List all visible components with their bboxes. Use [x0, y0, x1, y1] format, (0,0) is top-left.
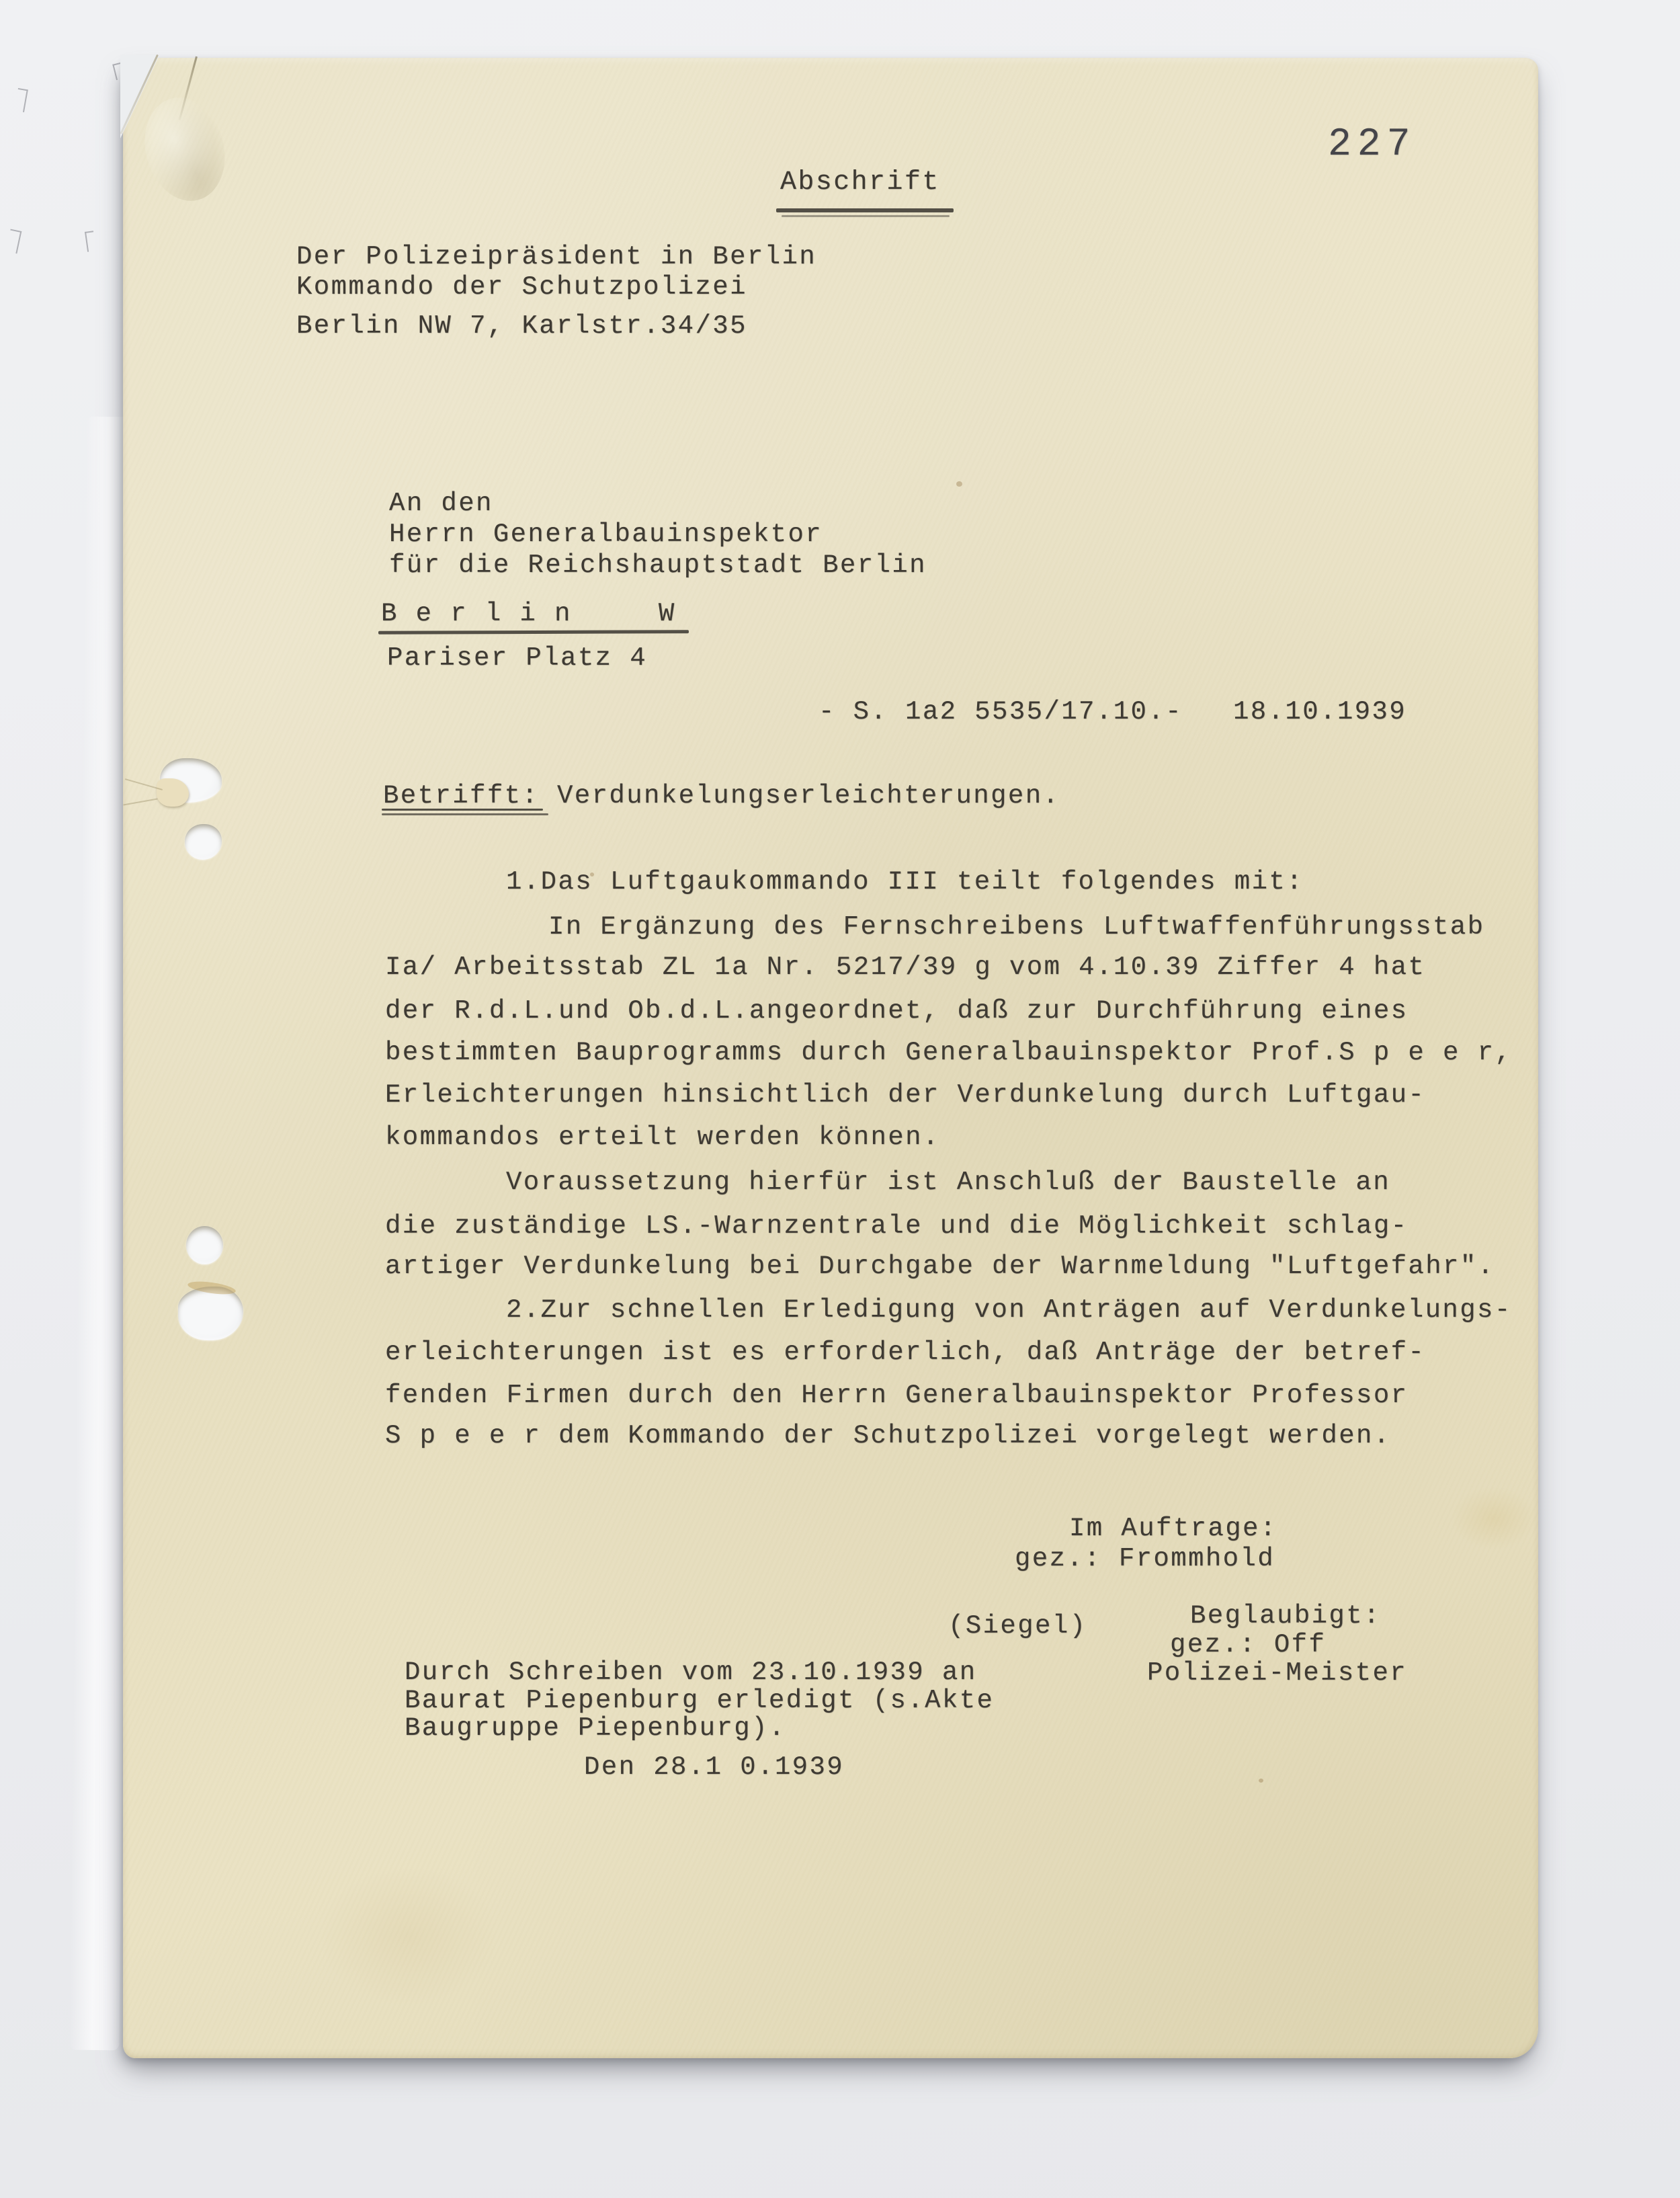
page-number: 227: [1328, 124, 1416, 167]
recipient-street: Pariser Platz 4: [387, 644, 647, 673]
subject-underline-2: [382, 813, 548, 815]
paper-stain: [318, 1866, 499, 2007]
signature-gez-off: gez.: Off: [1170, 1631, 1326, 1660]
pencil-crop-mark: [14, 88, 28, 112]
pencil-crop-mark: [6, 229, 22, 254]
paper-speck: [1259, 1779, 1263, 1783]
body-line: bestimmten Bauprogramms durch Generalbau…: [385, 1039, 1512, 1067]
body-line: artiger Verdunkelung bei Durchgabe der W…: [385, 1252, 1495, 1281]
recipient-line-3: für die Reichshauptstadt Berlin: [389, 551, 927, 580]
body-line: erleichterungen ist es erforderlich, daß…: [385, 1338, 1425, 1367]
letter-paper: 227 Abschrift Der Polizeipräsident in Be…: [123, 58, 1538, 2058]
subject-text: Verdunkelungserleichterungen.: [557, 782, 1060, 811]
body-line: Ia/ Arbeitsstab ZL 1a Nr. 5217/39 g vom …: [385, 953, 1425, 982]
body-line: fenden Firmen durch den Herrn Generalbau…: [385, 1381, 1408, 1410]
heading-underline-echo: [782, 215, 950, 217]
sender-line-1: Der Polizeipräsident in Berlin: [296, 243, 816, 272]
punch-hole-torn: [178, 1287, 243, 1340]
paper-stain: [1450, 1486, 1538, 1550]
body-line: S p e e r dem Kommando der Schutzpolizei…: [385, 1422, 1391, 1451]
recipient-city: B e r l i n W: [381, 600, 676, 628]
torn-corner-shading: [134, 89, 236, 210]
body-line: In Ergänzung des Fernschreibens Luftwaff…: [548, 913, 1484, 942]
note-line: Baugruppe Piepenburg).: [405, 1714, 786, 1743]
sender-line-2: Kommando der Schutzpolizei: [296, 273, 747, 302]
note-date-line: Den 28.1 0.1939: [584, 1753, 844, 1782]
body-line: der R.d.L.und Ob.d.L.angeordnet, daß zur…: [385, 997, 1408, 1026]
body-line: kommandos erteilt werden können.: [385, 1123, 940, 1152]
signature-polizei-meister: Polizei-Meister: [1147, 1659, 1407, 1688]
note-line: Durch Schreiben vom 23.10.1939 an: [405, 1658, 977, 1687]
recipient-line-1: An den: [389, 489, 493, 518]
subject-underline: [382, 809, 543, 811]
scanned-letter-page: 227 Abschrift Der Polizeipräsident in Be…: [0, 0, 1680, 2198]
heading-underline: [776, 208, 954, 212]
body-line: die zuständige LS.-Warnzentrale und die …: [385, 1212, 1408, 1241]
signature-im-auftrage: Im Auftrage:: [1069, 1514, 1277, 1543]
body-line: 2.Zur schnellen Erledigung von Anträgen …: [506, 1296, 1512, 1325]
body-line: 1.Das Luftgaukommando III teilt folgende…: [506, 868, 1304, 897]
signature-siegel: (Siegel): [948, 1612, 1087, 1641]
tear-crease: [123, 799, 158, 806]
punch-hole: [186, 1226, 223, 1264]
body-line: Voraussetzung hierfür ist Anschluß der B…: [506, 1168, 1390, 1197]
letter-date: 18.10.1939: [1233, 698, 1406, 727]
recipient-city-underline: [378, 630, 689, 635]
paper-speck: [956, 481, 962, 487]
sender-line-3: Berlin NW 7, Karlstr.34/35: [296, 312, 747, 341]
copy-heading: Abschrift: [780, 168, 940, 198]
signature-gez-frommhold: gez.: Frommhold: [1015, 1545, 1275, 1574]
body-line: Erleichterungen hinsichtlich der Verdunk…: [385, 1081, 1425, 1110]
punch-hole: [185, 824, 222, 860]
pencil-crop-mark: [85, 231, 96, 252]
signature-beglaubigt: Beglaubigt:: [1190, 1602, 1381, 1631]
subject-label: Betrifft:: [383, 782, 539, 811]
file-reference: - S. 1a2 5535/17.10.-: [818, 698, 1183, 727]
note-line: Baurat Piepenburg erledigt (s.Akte: [405, 1686, 994, 1715]
recipient-line-2: Herrn Generalbauinspektor: [389, 520, 823, 549]
